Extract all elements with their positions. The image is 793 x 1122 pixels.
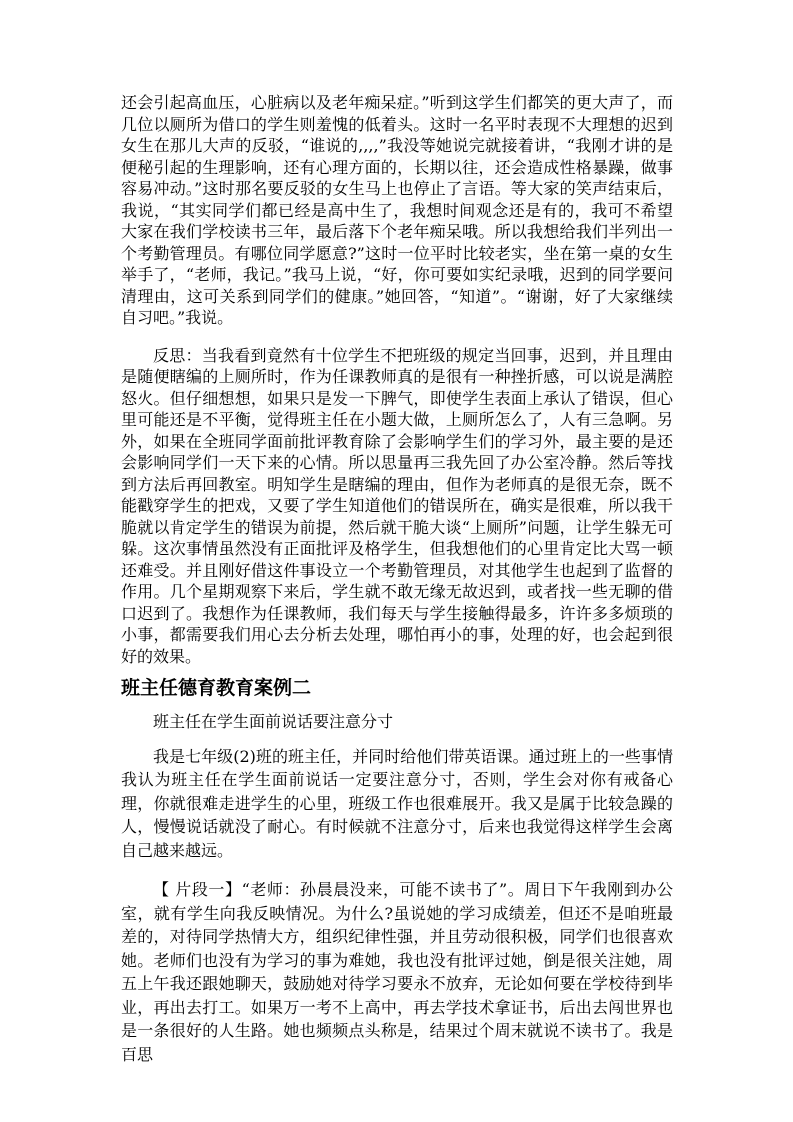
case2-heading: 班主任德育教育案例二 <box>121 675 673 701</box>
paragraph-continuation: 还会引起高血压，心脏病以及老年痴呆症。”听到这学生们都笑的更大声了，而几位以厕所… <box>121 92 673 329</box>
paragraph-case2-intro: 我是七年级(2)班的班主任，并同时给他们带英语课。通过班上的一些事情我认为班主任… <box>121 745 673 863</box>
paragraph-fragment1: 【 片段一】“老师：孙晨晨没来，可能不读书了”。周日下午我刚到办公室，就有学生向… <box>121 878 673 1066</box>
document-page: 还会引起高血压，心脏病以及老年痴呆症。”听到这学生们都笑的更大声了，而几位以厕所… <box>0 0 793 1122</box>
paragraph-reflection: 反思：当我看到竟然有十位学生不把班级的规定当回事，迟到，并且理由是随便瞎编的上厕… <box>121 345 673 668</box>
case2-subtitle: 班主任在学生面前说话要注意分寸 <box>121 710 673 734</box>
